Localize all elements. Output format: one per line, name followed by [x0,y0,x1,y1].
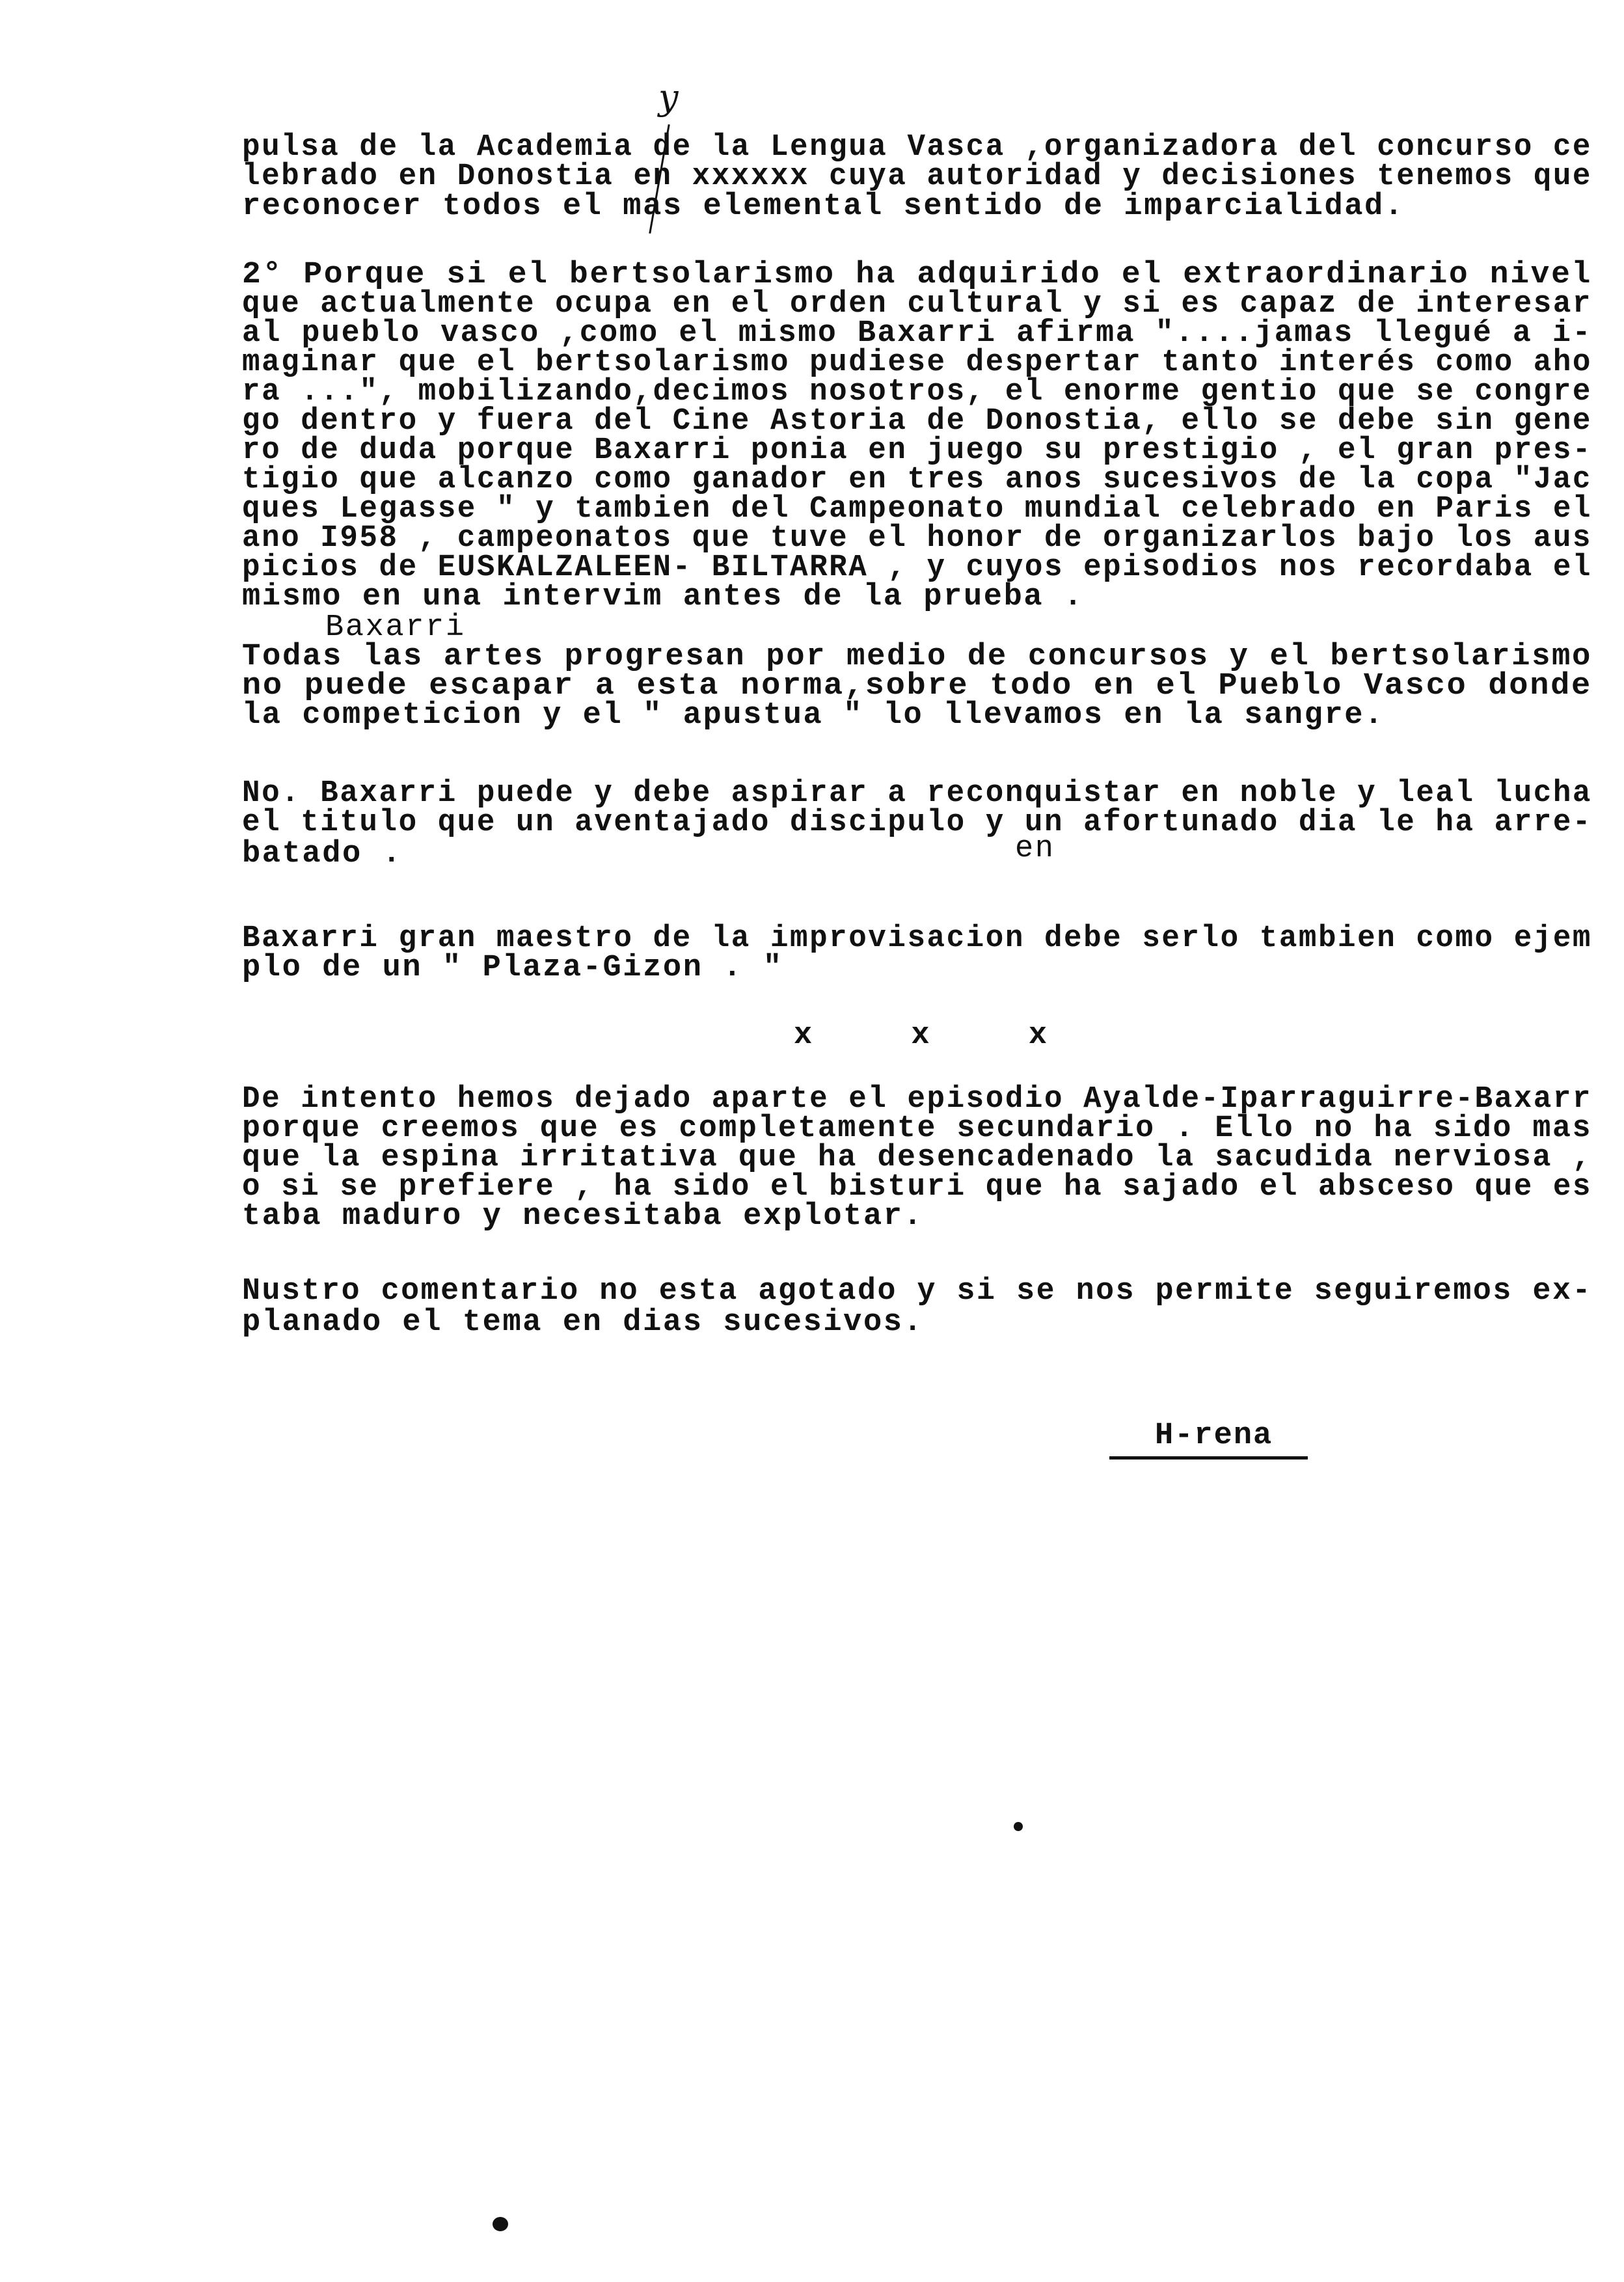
text-line: Nustro comentario no esta agotado y si s… [242,1275,1592,1308]
text-line: batado . [242,838,402,871]
handwritten-insert-y: y [658,77,679,118]
typed-insertion-en: en [1015,833,1055,865]
text-line: taba maduro y necesitaba explotar. [242,1201,923,1233]
ink-speck [493,2217,508,2231]
text-line: la competicion y el " apustua " lo lleva… [242,700,1385,732]
text-line: planado el tema en dias sucesivos. [242,1307,923,1339]
section-separator: x x x [794,1018,1087,1053]
text-line: mismo en una intervim antes de la prueba… [242,581,1084,614]
signature-underline [1109,1456,1308,1460]
text-line: lebrado en Donostia en xxxxxx cuya autor… [242,161,1592,193]
typewritten-page: y pulsa de la Academia de la Lengua Vasc… [0,0,1624,2282]
signature: H-rena [1155,1419,1273,1453]
text-line: el titulo que un aventajado discipulo y … [242,807,1592,839]
text-line: plo de un " Plaza-Gizon . " [242,952,783,985]
ink-speck [1014,1822,1023,1831]
text-line: reconocer todos el mas elemental sentido… [242,191,1405,223]
